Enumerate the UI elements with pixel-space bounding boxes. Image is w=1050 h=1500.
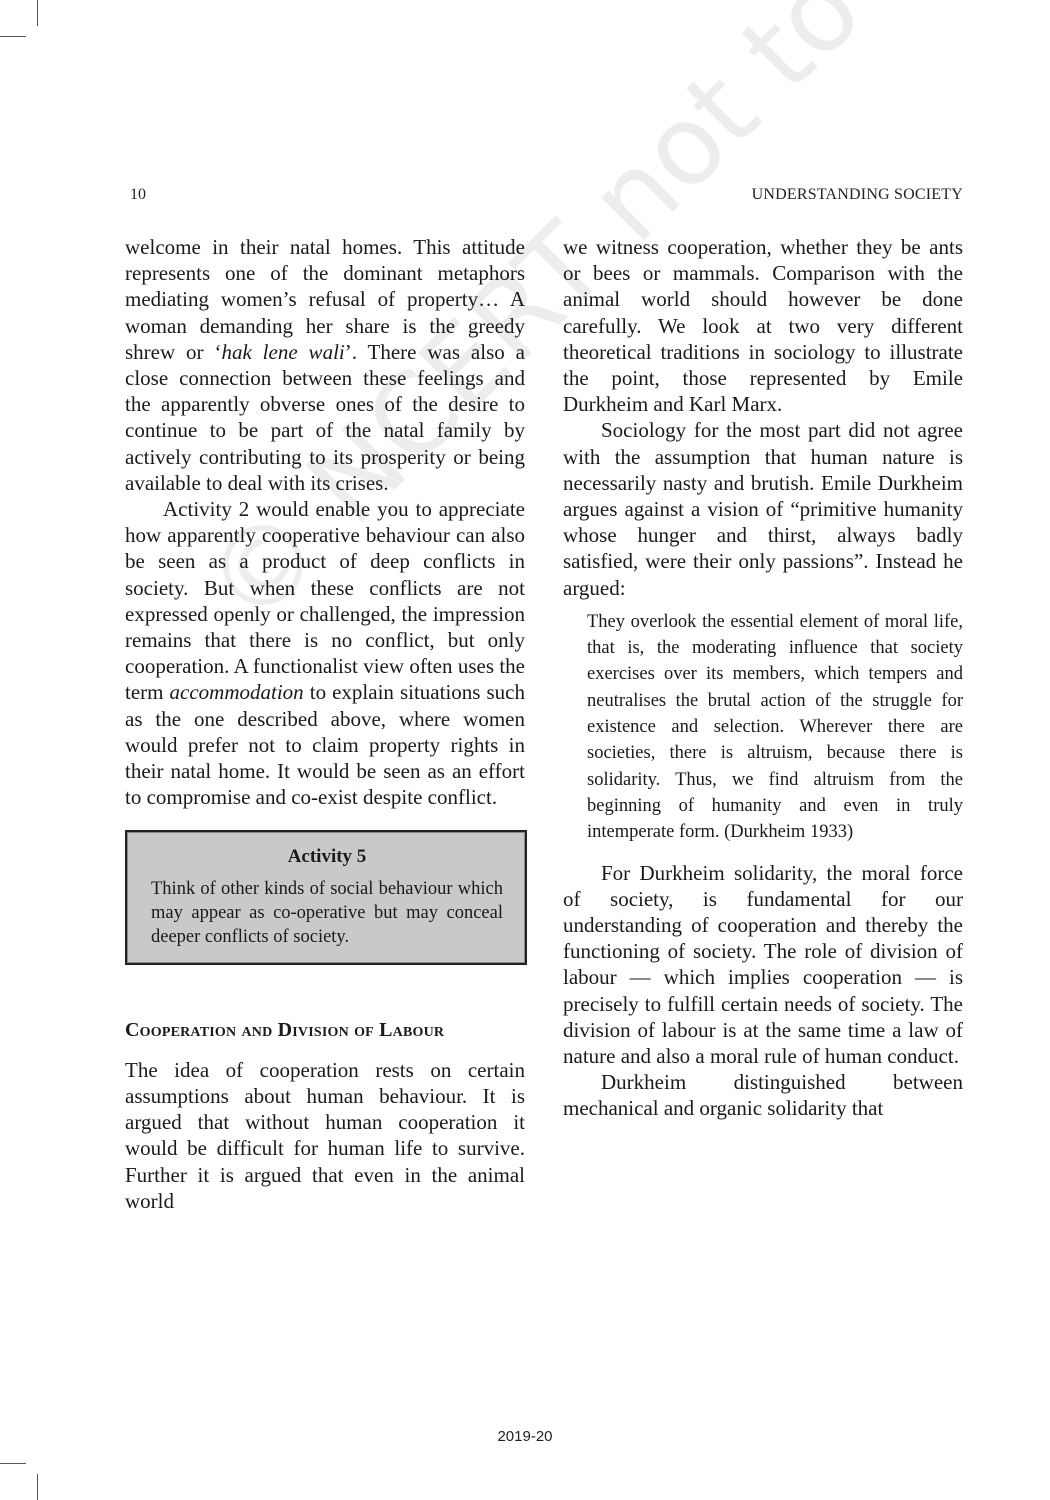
section-heading: Cooperation and Division of Labour bbox=[125, 1017, 525, 1043]
left-column: welcome in their natal homes. This attit… bbox=[125, 234, 525, 1214]
paragraph: The idea of cooperation rests on certain… bbox=[125, 1057, 525, 1214]
paragraph: Durkheim distinguished between mechanica… bbox=[563, 1069, 963, 1121]
paragraph: Sociology for the most part did not agre… bbox=[563, 417, 963, 600]
right-column: we witness cooperation, whether they be … bbox=[563, 234, 963, 1122]
activity-body: Think of other kinds of social behaviour… bbox=[151, 877, 503, 949]
paragraph: welcome in their natal homes. This attit… bbox=[125, 234, 525, 496]
running-title: UNDERSTANDING SOCIETY bbox=[752, 186, 963, 204]
block-quote: They overlook the essential element of m… bbox=[587, 609, 963, 846]
paragraph-text: Activity 2 would enable you to appreciat… bbox=[125, 497, 525, 704]
crop-mark-top-vertical bbox=[37, 0, 38, 26]
paragraph: Activity 2 would enable you to appreciat… bbox=[125, 496, 525, 810]
activity-box: Activity 5 Think of other kinds of socia… bbox=[125, 830, 527, 964]
italic-term: accommodation bbox=[170, 680, 304, 704]
crop-mark-top-horizontal bbox=[0, 36, 26, 37]
crop-mark-bottom-vertical bbox=[37, 1474, 38, 1500]
page-number: 10 bbox=[130, 186, 146, 204]
italic-term: hak lene wali bbox=[221, 340, 344, 364]
activity-title: Activity 5 bbox=[151, 844, 503, 870]
paragraph: For Durkheim solidarity, the moral force… bbox=[563, 860, 963, 1070]
crop-mark-bottom-horizontal bbox=[0, 1463, 26, 1464]
page-header: 10 UNDERSTANDING SOCIETY bbox=[130, 186, 963, 208]
paragraph: we witness cooperation, whether they be … bbox=[563, 234, 963, 417]
footer-year: 2019-20 bbox=[0, 1428, 1050, 1445]
